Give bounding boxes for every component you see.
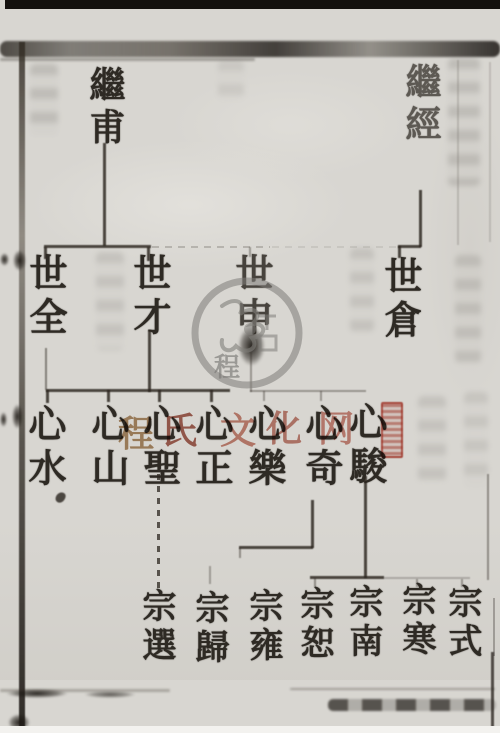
connector-stem bbox=[364, 476, 367, 578]
connector-tick bbox=[263, 391, 265, 401]
gen4-name-zongyong: 宗雍 bbox=[246, 588, 280, 666]
gen4-name-zonghan: 宗寒 bbox=[399, 582, 433, 660]
gen2-name-shicang: 世倉 bbox=[381, 256, 419, 344]
spine-ink-blob bbox=[0, 253, 9, 266]
red-watermark-char: 氏 bbox=[161, 403, 197, 454]
gen1-name-jijing: 繼經 bbox=[403, 63, 439, 147]
scan-bottom-strip bbox=[0, 726, 500, 733]
genealogy-scan-page: 繼甫 繼經 世全 世才 世申 世倉 心水 心山 心聖 心正 心樂 心奇 心駿 宗… bbox=[0, 0, 500, 733]
connector-bracket bbox=[44, 245, 151, 248]
red-watermark-char: 文 bbox=[220, 403, 256, 454]
red-watermark-char: 化 bbox=[266, 401, 302, 452]
bleed-through-ghost bbox=[448, 58, 480, 186]
bottom-ink-blob bbox=[84, 691, 136, 698]
right-frame-line-faint bbox=[493, 598, 495, 656]
connector-jog bbox=[398, 245, 421, 248]
connector-tick bbox=[239, 548, 241, 558]
bleed-through-ghost bbox=[350, 248, 374, 332]
connector-stem bbox=[45, 348, 47, 390]
gen4-name-zongshi: 宗式 bbox=[445, 584, 479, 662]
gen2-name-shiquan: 世全 bbox=[26, 253, 64, 341]
connector-stem bbox=[311, 500, 314, 548]
spine-ink-blob bbox=[0, 412, 7, 427]
connector-tick bbox=[320, 391, 322, 401]
paper-highlight bbox=[30, 140, 350, 270]
gen1-name-jifu: 繼甫 bbox=[87, 66, 123, 150]
connector-bar bbox=[310, 576, 384, 579]
bleed-through-ghost bbox=[464, 392, 488, 488]
right-frame-line bbox=[491, 652, 494, 728]
bottom-ink-blob bbox=[6, 689, 68, 698]
bleed-through-ghost bbox=[455, 255, 481, 363]
phoenix-eye bbox=[244, 323, 256, 335]
connector-stem bbox=[487, 474, 489, 580]
bleed-through-ghost bbox=[30, 64, 58, 136]
faint-grid-line bbox=[489, 62, 491, 242]
paper-highlight bbox=[170, 70, 410, 180]
bleed-through-ghost bbox=[218, 60, 244, 100]
circular-watermark: 程 bbox=[188, 272, 308, 392]
phoenix-icon bbox=[222, 301, 264, 351]
gen4-name-zongnan: 宗南 bbox=[346, 584, 380, 662]
connector-bar bbox=[239, 546, 313, 549]
bleed-through-ghost bbox=[418, 396, 446, 482]
bottom-frame-line bbox=[290, 688, 495, 690]
bottom-ink-smear bbox=[328, 699, 496, 711]
connector-tick bbox=[107, 390, 110, 402]
top-frame-line bbox=[0, 58, 255, 61]
connector-tick bbox=[46, 390, 49, 403]
connector-stem bbox=[103, 143, 106, 246]
left-frame-line bbox=[19, 42, 25, 733]
red-watermark-char: 网 bbox=[318, 401, 354, 452]
connector-stem bbox=[419, 190, 422, 247]
connector-bracket-faint bbox=[152, 246, 270, 248]
gen4-name-zonggui: 宗歸 bbox=[192, 590, 226, 668]
red-watermark-char: 程 bbox=[118, 406, 154, 457]
ink-dot bbox=[54, 491, 67, 505]
gen4-name-zongxuan: 宗選 bbox=[139, 588, 173, 666]
top-frame-band bbox=[0, 41, 500, 57]
connector-bracket-faint bbox=[272, 246, 398, 248]
gen2-name-shicai: 世才 bbox=[130, 253, 168, 341]
gen4-name-zongshu: 宗恕 bbox=[297, 586, 331, 664]
bleed-through-ghost bbox=[96, 252, 124, 350]
connector-bar-faint bbox=[384, 577, 470, 579]
circle-watermark-char: 程 bbox=[214, 352, 240, 383]
scan-top-bar bbox=[5, 0, 500, 9]
gen3-name-xinshui: 心水 bbox=[25, 404, 63, 492]
connector-stem bbox=[148, 330, 151, 392]
connector-tick bbox=[209, 566, 211, 584]
connector-tick bbox=[158, 390, 161, 402]
red-seal-stamp bbox=[381, 402, 403, 458]
connector-stem-dashed bbox=[157, 474, 160, 592]
